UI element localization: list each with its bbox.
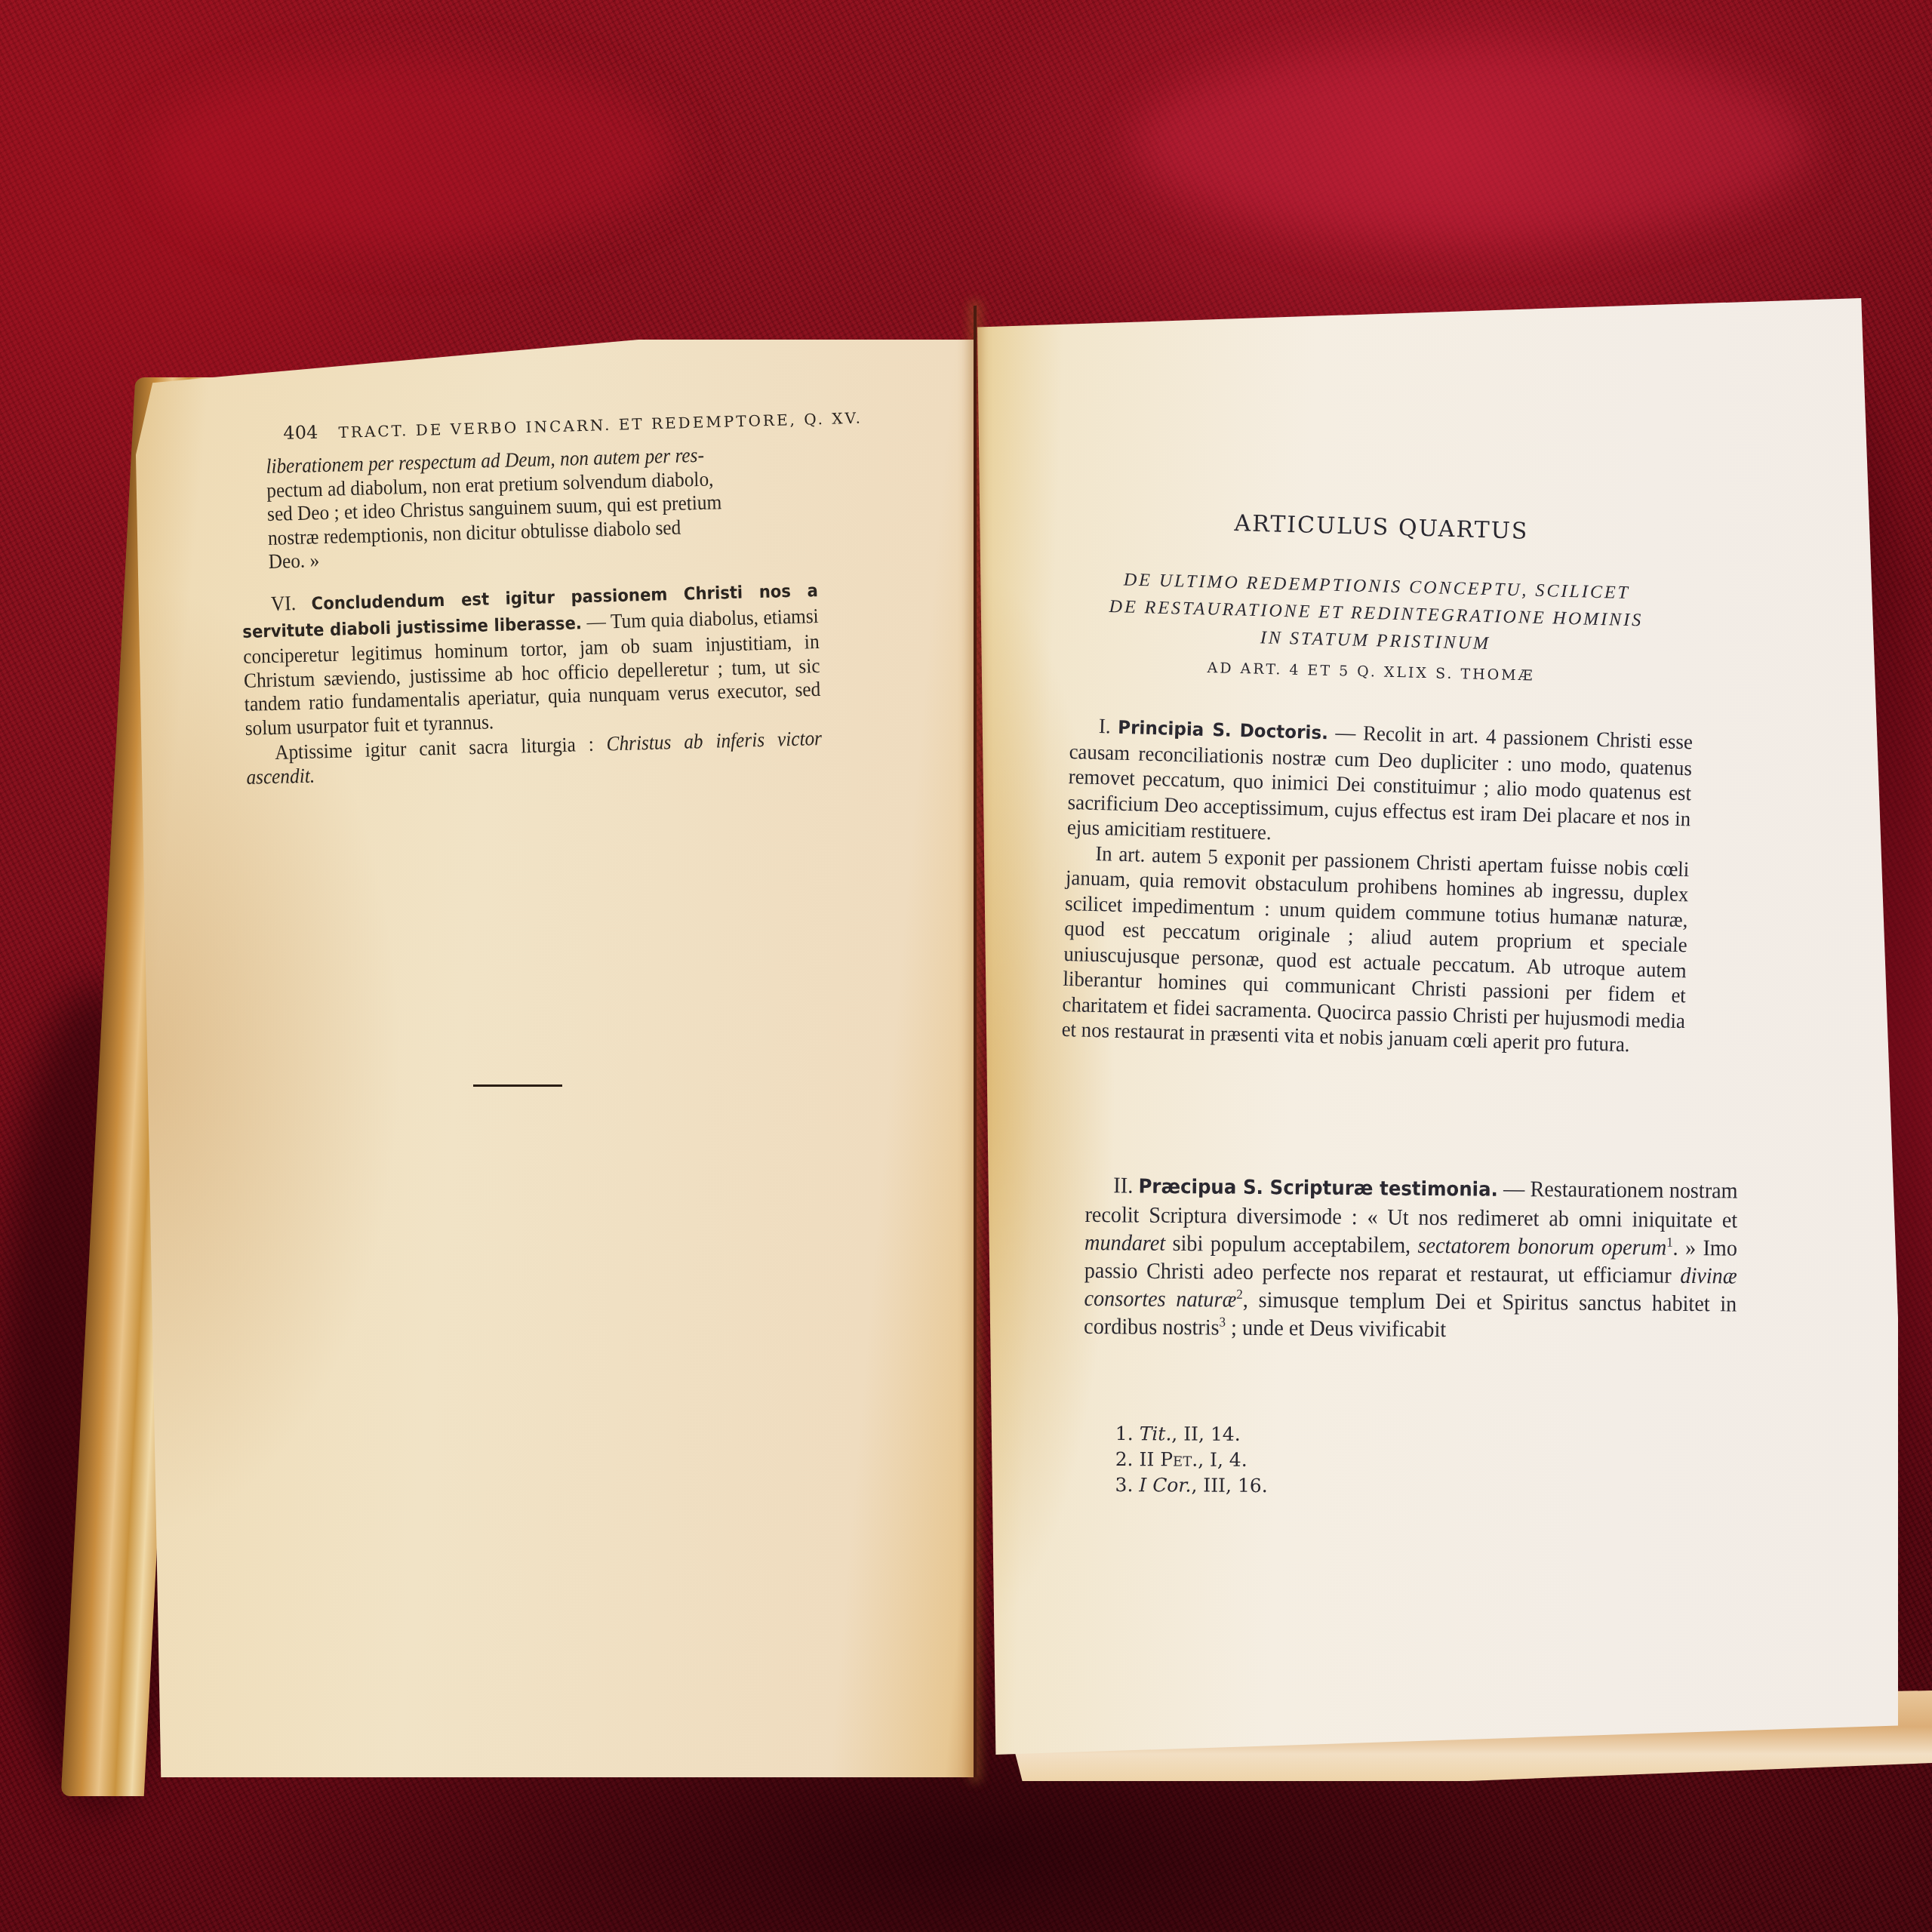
- footnote: 3. I Cor., III, 16.: [1115, 1472, 1267, 1499]
- footnote-ref: I Cor.: [1139, 1474, 1191, 1496]
- footnote-ref: Tit.: [1140, 1423, 1172, 1444]
- footnote-ref: II Pet.: [1139, 1448, 1198, 1470]
- end-rule: [473, 1084, 562, 1087]
- footnote: 1. Tit., II, 14.: [1115, 1421, 1268, 1447]
- footnote-rest: , I, 4.: [1198, 1449, 1247, 1471]
- italic-text: mundaret: [1084, 1230, 1165, 1256]
- dash: —: [1498, 1177, 1531, 1201]
- section-vi-paragraph: VI. Concludendum est igitur passionem Ch…: [241, 577, 821, 740]
- section-number: VI.: [271, 591, 297, 615]
- section-number: I.: [1099, 715, 1112, 738]
- section-i: I. Principia S. Doctoris. — Recolit in a…: [1061, 713, 1693, 1060]
- quote-block: liberationem per respectum ad Deum, non …: [266, 439, 831, 573]
- section-ii: II. Præcipua S. Scripturæ testimonia. — …: [1084, 1171, 1738, 1346]
- page-number: 404: [283, 422, 318, 444]
- body-text: sibi populum acceptabilem,: [1165, 1231, 1418, 1258]
- footnote-number: 2.: [1115, 1448, 1134, 1470]
- section-number: II.: [1113, 1173, 1133, 1198]
- book-gutter: [974, 306, 977, 1777]
- footnote-rest: , II, 14.: [1171, 1423, 1240, 1444]
- dash: —: [1327, 721, 1363, 745]
- open-book: 404 TRACT. DE VERBO INCARN. ET REDEMPTOR…: [0, 0, 1932, 1932]
- italic-text: sectatorem bonorum operum: [1417, 1233, 1666, 1260]
- section-i-paragraph: I. Principia S. Doctoris. — Recolit in a…: [1066, 713, 1693, 857]
- footnote-marker: 3: [1220, 1315, 1226, 1330]
- article-title-word: Quartus: [1398, 515, 1528, 545]
- footnotes: 1. Tit., II, 14. 2. II Pet., I, 4. 3. I …: [1115, 1421, 1268, 1499]
- section-i-paragraph-2: In art. autem 5 exponit per passionem Ch…: [1061, 840, 1690, 1059]
- section-ii-paragraph: II. Præcipua S. Scripturæ testimonia. — …: [1084, 1171, 1738, 1346]
- section-vi: VI. Concludendum est igitur passionem Ch…: [241, 577, 823, 789]
- section-heading: Principia S. Doctoris.: [1118, 717, 1328, 744]
- footnote-marker: 2: [1236, 1287, 1243, 1302]
- footnote-rest: , III, 16.: [1191, 1475, 1267, 1497]
- section-body: Recolit in art. 4 passionem Christi esse…: [1066, 722, 1693, 845]
- dash: —: [581, 609, 611, 633]
- footnote-number: 3.: [1115, 1474, 1133, 1496]
- footnote: 2. II Pet., I, 4.: [1115, 1447, 1268, 1473]
- footnote-number: 1.: [1115, 1423, 1134, 1444]
- section-heading: Præcipua S. Scripturæ testimonia.: [1138, 1176, 1498, 1201]
- article-subtitle: DE ULTIMO REDEMPTIONIS CONCEPTU, SCILICE…: [1051, 565, 1702, 663]
- article-title-word: Articulus: [1234, 510, 1390, 541]
- body-text: ; unde et Deus vivificabit: [1226, 1315, 1446, 1343]
